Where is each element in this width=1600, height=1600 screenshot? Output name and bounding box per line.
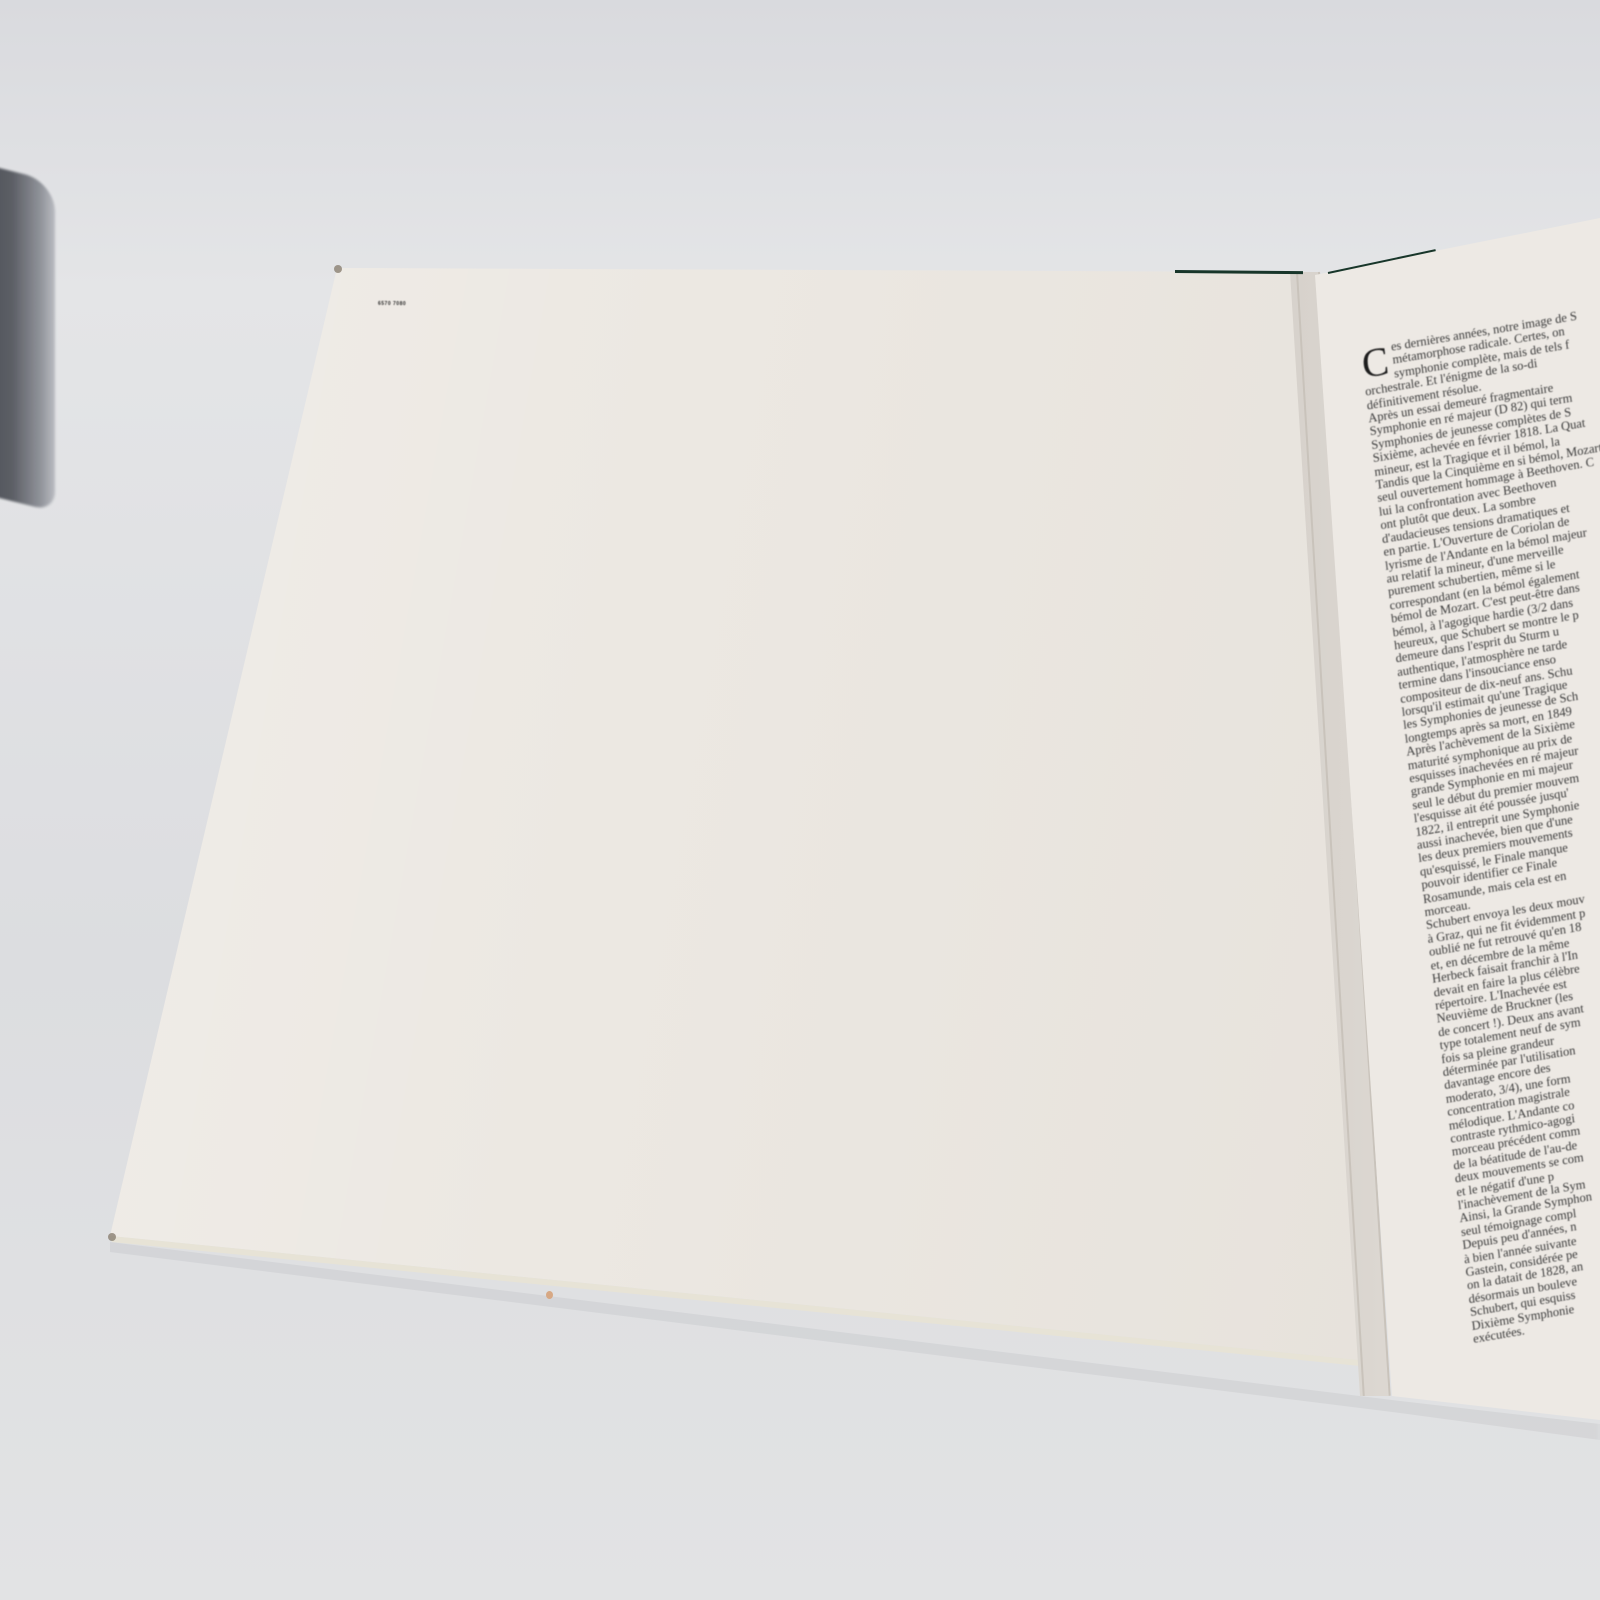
corner-wear-bottom-left	[108, 1233, 116, 1241]
photo-scene: 6570 7080 C es dernières années, notre i…	[0, 0, 1600, 1600]
corner-wear-top-left	[334, 265, 342, 273]
dropcap: C	[1360, 344, 1390, 382]
catalog-number: 6570 7080	[378, 301, 406, 307]
dark-object-left-edge	[0, 158, 55, 512]
stain-spot	[546, 1291, 553, 1299]
